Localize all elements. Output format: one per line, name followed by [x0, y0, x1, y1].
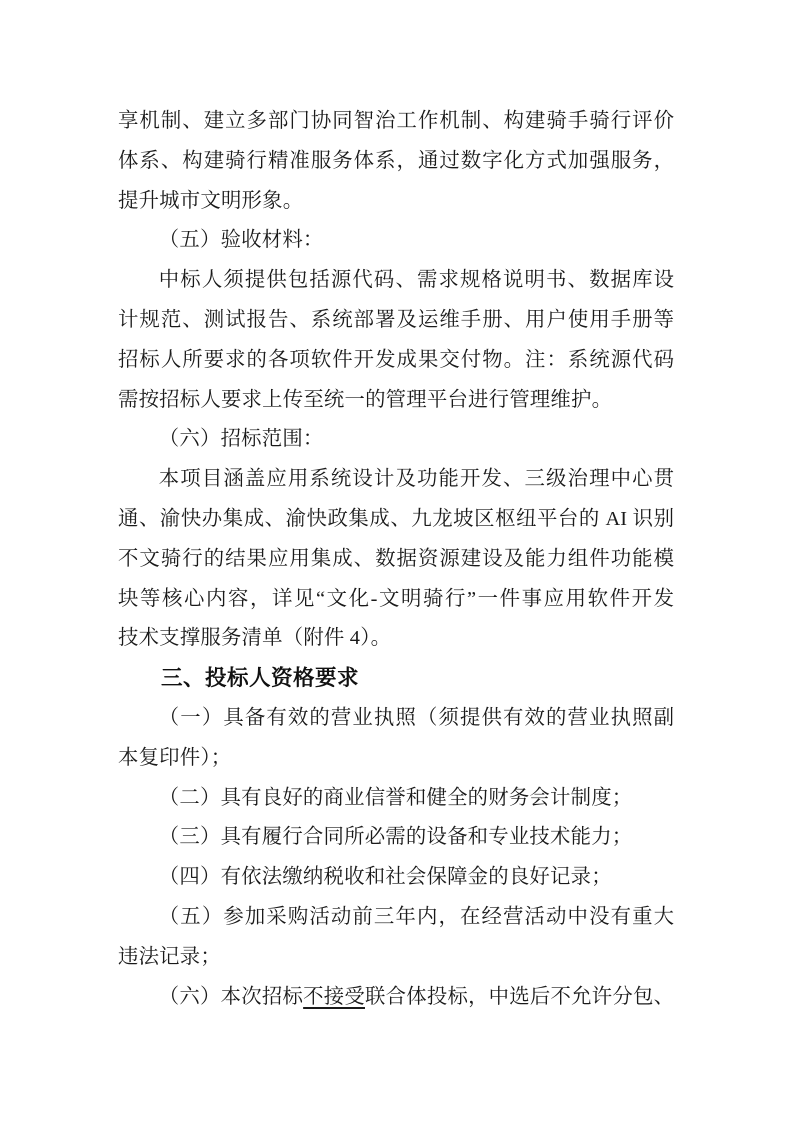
text-segment: 三、投标人资格要求	[161, 666, 359, 690]
document-line: 技术支撑服务清单（附件 4）。	[118, 619, 674, 659]
text-segment: （五）验收材料：	[159, 229, 324, 251]
text-segment: （二）具有良好的商业信誉和健全的财务会计制度；	[159, 787, 633, 809]
document-line: 违法记录；	[118, 938, 674, 978]
document-line: （二）具有良好的商业信誉和健全的财务会计制度；	[118, 779, 674, 819]
document-page: 享机制、建立多部门协同智治工作机制、构建骑手骑行评价体系、构建骑行精准服务体系，…	[0, 0, 793, 1122]
text-segment: （三）具有履行合同所必需的设备和专业技术能力；	[159, 826, 633, 848]
document-line: （六）本次招标不接受联合体投标，中选后不允许分包、	[118, 978, 674, 1018]
document-line: （四）有依法缴纳税收和社会保障金的良好记录；	[118, 858, 674, 898]
text-segment: （六）招标范围：	[159, 428, 324, 450]
document-line: 招标人所要求的各项软件开发成果交付物。注：系统源代码	[118, 341, 674, 381]
document-line: （六）招标范围：	[118, 420, 674, 460]
text-segment: 招标人所要求的各项软件开发成果交付物。注：系统源代码	[118, 349, 674, 371]
document-line: 本项目涵盖应用系统设计及功能开发、三级治理中心贯	[118, 460, 674, 500]
text-segment: 技术支撑服务清单（附件 4）。	[118, 627, 391, 649]
document-line: 块等核心内容，详见“文化-文明骑行”一件事应用软件开发	[118, 580, 674, 620]
document-line: （五）参加采购活动前三年内，在经营活动中没有重大	[118, 898, 674, 938]
text-segment: （六）本次招标	[159, 986, 303, 1008]
document-line: 中标人须提供包括源代码、需求规格说明书、数据库设	[118, 261, 674, 301]
text-segment: （四）有依法缴纳税收和社会保障金的良好记录；	[159, 866, 612, 888]
document-line: 体系、构建骑行精准服务体系，通过数字化方式加强服务，	[118, 142, 674, 182]
text-segment: 联合体投标，中选后不允许分包、	[365, 986, 674, 1008]
document-line: （三）具有履行合同所必需的设备和专业技术能力；	[118, 818, 674, 858]
text-segment: 计规范、测试报告、系统部署及运维手册、用户使用手册等	[118, 309, 674, 331]
text-segment: （一）具备有效的营业执照（须提供有效的营业执照副	[159, 707, 674, 729]
document-line: 不文骑行的结果应用集成、数据资源建设及能力组件功能模	[118, 540, 674, 580]
document-line: 计规范、测试报告、系统部署及运维手册、用户使用手册等	[118, 301, 674, 341]
document-content: 享机制、建立多部门协同智治工作机制、构建骑手骑行评价体系、构建骑行精准服务体系，…	[118, 102, 674, 1017]
text-segment: 本项目涵盖应用系统设计及功能开发、三级治理中心贯	[159, 468, 674, 490]
document-line: 通、渝快办集成、渝快政集成、九龙坡区枢纽平台的 AI 识别	[118, 500, 674, 540]
document-line: 提升城市文明形象。	[118, 182, 674, 222]
text-segment: 不文骑行的结果应用集成、数据资源建设及能力组件功能模	[118, 548, 674, 570]
text-segment: 体系、构建骑行精准服务体系，通过数字化方式加强服务，	[118, 150, 674, 172]
text-segment: 享机制、建立多部门协同智治工作机制、构建骑手骑行评价	[118, 110, 674, 132]
section-heading: 三、投标人资格要求	[118, 659, 674, 699]
underlined-text: 不接受	[303, 986, 365, 1008]
text-segment: 通、渝快办集成、渝快政集成、九龙坡区枢纽平台的 AI 识别	[118, 508, 674, 530]
text-segment: 本复印件）；	[118, 747, 231, 769]
text-segment: 违法记录；	[118, 946, 221, 968]
text-segment: 块等核心内容，详见“文化-文明骑行”一件事应用软件开发	[118, 588, 674, 610]
document-line: 需按招标人要求上传至统一的管理平台进行管理维护。	[118, 381, 674, 421]
text-segment: 提升城市文明形象。	[118, 190, 303, 212]
document-line: 本复印件）；	[118, 739, 674, 779]
document-line: 享机制、建立多部门协同智治工作机制、构建骑手骑行评价	[118, 102, 674, 142]
document-line: （五）验收材料：	[118, 221, 674, 261]
text-segment: 中标人须提供包括源代码、需求规格说明书、数据库设	[159, 269, 674, 291]
text-segment: 需按招标人要求上传至统一的管理平台进行管理维护。	[118, 389, 612, 411]
text-segment: （五）参加采购活动前三年内，在经营活动中没有重大	[159, 906, 674, 928]
document-line: （一）具备有效的营业执照（须提供有效的营业执照副	[118, 699, 674, 739]
